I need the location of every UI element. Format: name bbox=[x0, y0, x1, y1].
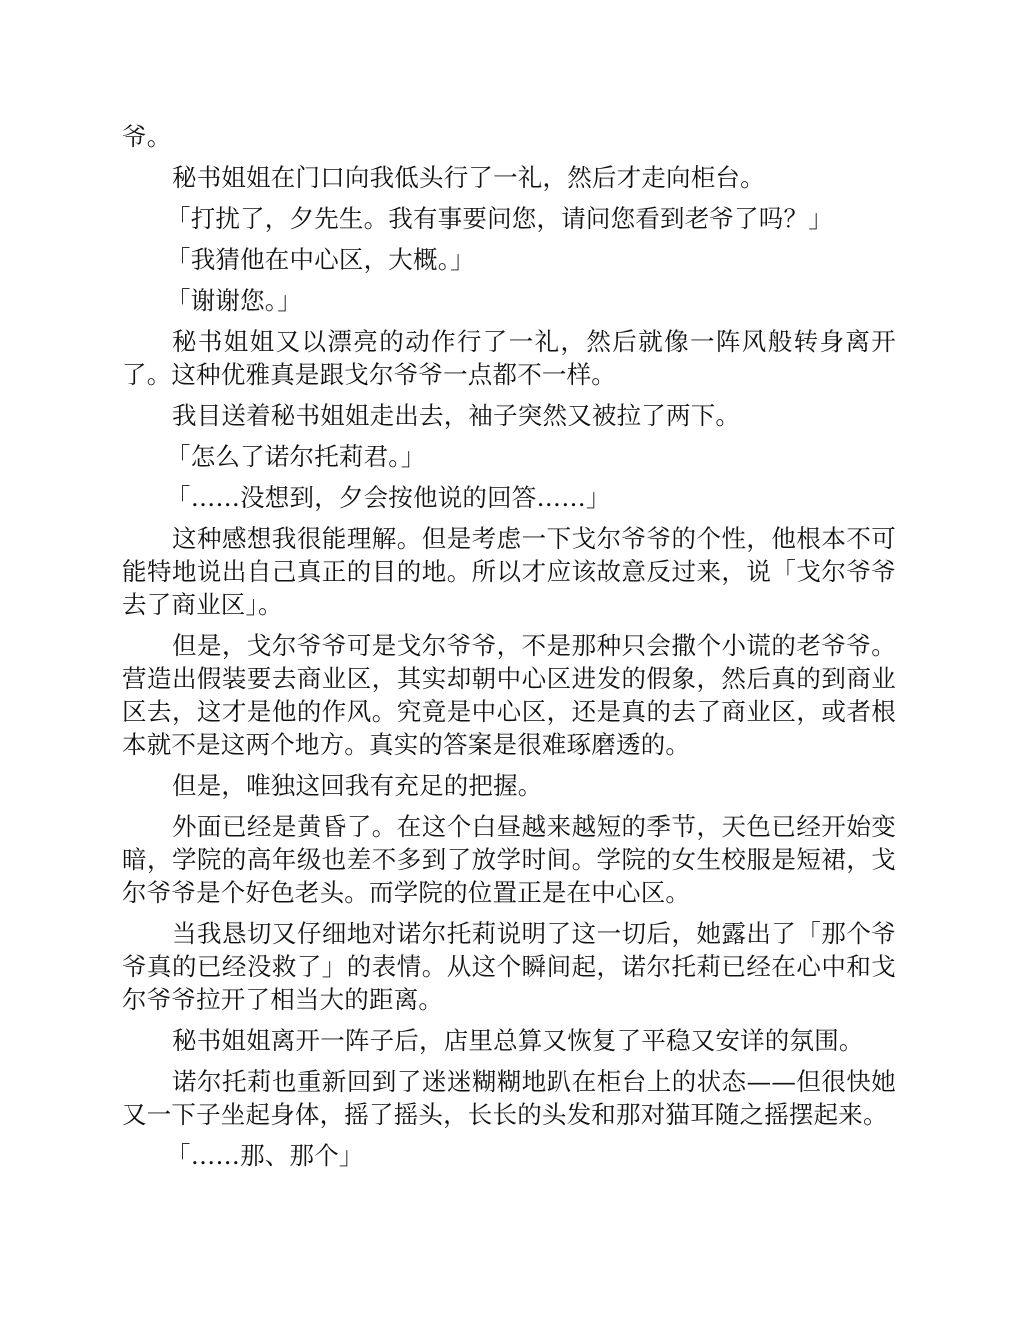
dialog-line: 「怎么了诺尔托莉君。」 bbox=[122, 440, 896, 473]
paragraph: 秘书姐姐又以漂亮的动作行了一礼，然后就像一阵风般转身离开了。这种优雅真是跟戈尔爷… bbox=[122, 325, 896, 391]
paragraph: 但是，戈尔爷爷可是戈尔爷爷，不是那种只会撒个小谎的老爷爷。营造出假装要去商业区，… bbox=[122, 629, 896, 761]
dialog-line: 「……那、那个」 bbox=[122, 1139, 896, 1172]
paragraph-continuation: 爷。 bbox=[122, 120, 896, 153]
paragraph: 秘书姐姐离开一阵子后，店里总算又恢复了平稳又安详的氛围。 bbox=[122, 1024, 896, 1057]
paragraph: 外面已经是黄昏了。在这个白昼越来越短的季节，天色已经开始变暗，学院的高年级也差不… bbox=[122, 810, 896, 909]
paragraph: 秘书姐姐在门口向我低头行了一礼，然后才走向柜台。 bbox=[122, 161, 896, 194]
paragraph: 当我恳切又仔细地对诺尔托莉说明了这一切后，她露出了「那个爷爷真的已经没救了」的表… bbox=[122, 917, 896, 1016]
paragraph: 我目送着秘书姐姐走出去，袖子突然又被拉了两下。 bbox=[122, 399, 896, 432]
dialog-line: 「……没想到，夕会按他说的回答……」 bbox=[122, 481, 896, 514]
dialog-line: 「我猜他在中心区，大概。」 bbox=[122, 243, 896, 276]
paragraph: 但是，唯独这回我有充足的把握。 bbox=[122, 769, 896, 802]
paragraph: 这种感想我很能理解。但是考虑一下戈尔爷爷的个性，他根本不可能特地说出自己真正的目… bbox=[122, 522, 896, 621]
dialog-line: 「打扰了，夕先生。我有事要问您，请问您看到老爷了吗？」 bbox=[122, 202, 896, 235]
paragraph: 诺尔托莉也重新回到了迷迷糊糊地趴在柜台上的状态——但很快她又一下子坐起身体，摇了… bbox=[122, 1065, 896, 1131]
document-page: 爷。 秘书姐姐在门口向我低头行了一礼，然后才走向柜台。 「打扰了，夕先生。我有事… bbox=[122, 120, 896, 1180]
dialog-line: 「谢谢您。」 bbox=[122, 284, 896, 317]
